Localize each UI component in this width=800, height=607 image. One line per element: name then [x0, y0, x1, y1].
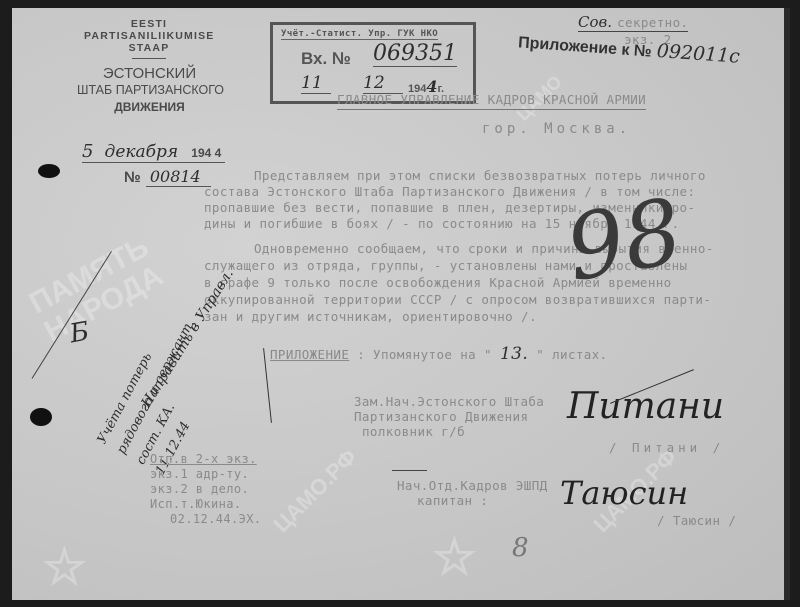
date-month: декабря: [105, 142, 179, 162]
punch-hole: [30, 408, 52, 426]
deputy-title: Зам.Нач.Эстонского Штаба Партизанского Д…: [354, 394, 544, 439]
addressee-line2: гор. Москва.: [482, 121, 631, 137]
title-line: Партизанского Движения: [354, 409, 544, 424]
appendix-number: 092011с: [656, 40, 741, 68]
stamp-month: 12: [363, 73, 403, 94]
deputy-signature: Питани: [567, 386, 724, 427]
org-line: PARTISANILIIKUMISE: [84, 30, 214, 42]
outgoing-date: 5 декабря 194 4: [82, 141, 225, 163]
org-line: ДВИЖЕНИЯ: [77, 99, 222, 116]
body-line: оккупированной территории СССР / с опрос…: [204, 291, 714, 308]
header-divider: [132, 58, 166, 59]
handwritten-page-number: 98: [559, 179, 690, 302]
attachment-text: : Упомянутое на: [357, 347, 476, 362]
stamp-dept: Учёт.-Статист. Упр. ГУК НКО: [281, 29, 438, 40]
cadres-signature: Таюсин: [560, 474, 688, 512]
watermark-camo-1: ЦАМО.РФ: [268, 444, 362, 538]
body-line: Представляем при этом списки безвозвратн…: [204, 168, 706, 184]
outgoing-number: № 00814: [124, 167, 211, 186]
title-line: полковник г/б: [354, 424, 544, 439]
secrecy-mark: Сов. секретно.: [578, 12, 688, 32]
secrecy-handwritten: Сов.: [578, 13, 612, 31]
cadres-name: / Таюсин /: [657, 513, 736, 528]
stamp-label: Вх. №: [301, 49, 351, 69]
appendix-label: Приложение к №: [518, 34, 653, 60]
stamp-number: 069351: [373, 41, 457, 67]
bottom-handwritten-mark: 8: [512, 533, 529, 563]
number-value: 00814: [146, 167, 211, 187]
org-header-estonian: EESTI PARTISANILIIKUMISE STAAP: [84, 18, 214, 54]
note-line: Отп.в 2-х экз.: [150, 452, 262, 467]
title-line: Зам.Нач.Эстонского Штаба: [354, 394, 544, 409]
title-line: Нач.Отд.Кадров ЭШПД: [397, 478, 548, 493]
number-label: №: [124, 169, 141, 186]
date-year: 194 4: [191, 146, 221, 160]
org-line: ЭСТОНСКИЙ: [77, 65, 222, 82]
attachment-suffix: листах.: [552, 347, 607, 362]
org-line: ШТАБ ПАРТИЗАНСКОГО: [77, 82, 222, 99]
secrecy-typed: секретно.: [617, 15, 688, 30]
note-line: экз.1 адр-ту.: [150, 467, 262, 482]
note-line: 02.12.44.ЭХ.: [150, 512, 262, 527]
attachment-count: 13.: [492, 344, 536, 364]
deputy-name: / Питани /: [609, 440, 724, 455]
note-line: Исп.т.Юкина.: [150, 497, 262, 512]
date-day: 5: [82, 141, 93, 162]
note-line: экз.2 в дело.: [150, 482, 262, 497]
org-header-russian: ЭСТОНСКИЙ ШТАБ ПАРТИЗАНСКОГО ДВИЖЕНИЯ: [77, 65, 222, 116]
struck-line: [392, 470, 427, 471]
title-line: капитан :: [397, 493, 548, 508]
punch-hole: [38, 164, 60, 178]
star-watermark-icon: ☆: [432, 528, 477, 586]
stamp-day: 11: [301, 73, 331, 94]
dispatch-note: Отп.в 2-х экз. экз.1 адр-ту. экз.2 в дел…: [150, 452, 262, 527]
addressee-line1: ГЛАВНОЕ УПРАВЛЕНИЕ КАДРОВ КРАСНОЙ АРМИИ: [337, 92, 646, 110]
document-page: ПАМЯТЬ НАРОДА ЦАМО.РФ ЦАМО.РФ ЦАМО ☆ ☆ E…: [12, 8, 790, 600]
org-line: STAAP: [84, 42, 214, 54]
org-line: EESTI: [84, 18, 214, 30]
star-watermark-icon: ☆: [42, 538, 87, 596]
cadres-title: Нач.Отд.Кадров ЭШПД капитан :: [397, 478, 548, 508]
